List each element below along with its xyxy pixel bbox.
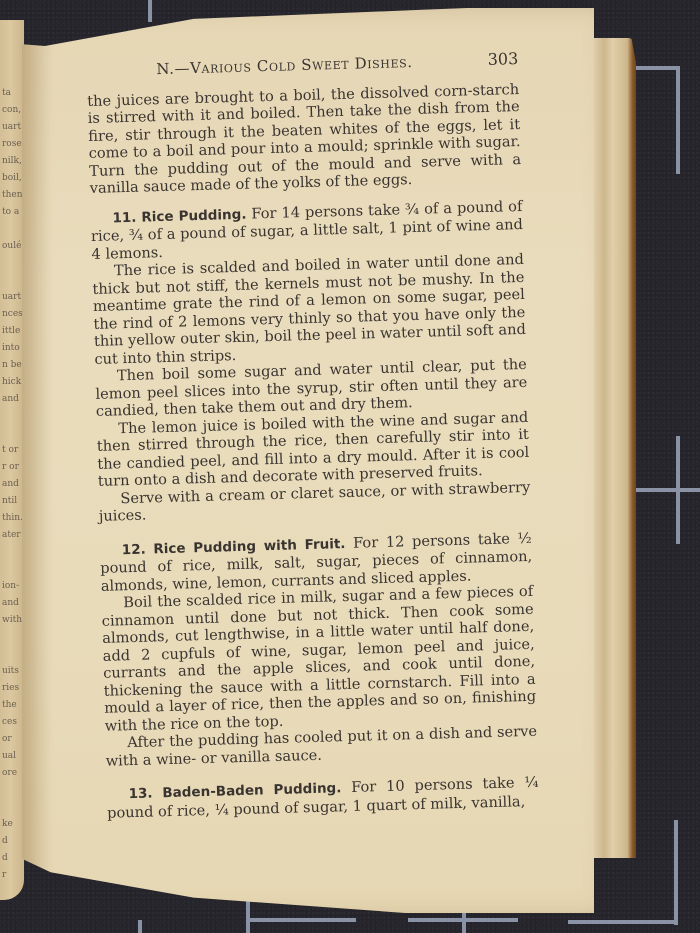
left-page-fragment: into bbox=[2, 341, 20, 356]
left-page-fragment: hick bbox=[2, 375, 21, 390]
mat-grid-line bbox=[148, 0, 152, 22]
left-page-fragment: and bbox=[2, 477, 19, 492]
mat-grid-line bbox=[568, 920, 678, 924]
left-page-fragment: uits bbox=[2, 664, 19, 679]
left-page-fragment: boil, bbox=[2, 171, 22, 186]
left-page-fragment: ater bbox=[2, 528, 21, 543]
left-page-fragment: rose bbox=[2, 137, 22, 152]
mat-grid-line bbox=[676, 66, 680, 174]
recipe-paragraph: The lemon juice is boiled with the wine … bbox=[96, 408, 530, 490]
recipe-title: Rice Pudding. bbox=[141, 206, 246, 225]
left-page-fragment: con, bbox=[2, 103, 21, 118]
recipe-number: 13. bbox=[128, 785, 152, 802]
left-page-fragment: t or bbox=[2, 443, 18, 458]
mat-grid-line bbox=[246, 918, 356, 922]
left-page-fragment: n be bbox=[2, 358, 22, 373]
left-page-fragment: oulé bbox=[2, 239, 21, 254]
left-page-fragment: and bbox=[2, 392, 19, 407]
page-number: 303 bbox=[487, 50, 518, 68]
mat-grid-line bbox=[674, 820, 678, 925]
left-page-fragment: ke bbox=[2, 817, 13, 832]
left-page-fragment: d bbox=[2, 834, 8, 849]
continuation-paragraph: the juices are brought to a boil, the di… bbox=[87, 80, 522, 197]
left-page-fragment: ittle bbox=[2, 324, 20, 339]
left-page-fragment: ual bbox=[2, 749, 16, 764]
left-page-fragment: ion- bbox=[2, 579, 19, 594]
left-page-fragment: uart bbox=[2, 290, 21, 305]
mat-grid-line bbox=[676, 436, 680, 544]
left-page-fragment: ries bbox=[2, 681, 19, 696]
left-page-edge: tacon,uartrosenilk,boil,thento aouléuart… bbox=[0, 20, 24, 900]
recipe-paragraph: The rice is scalded and boiled in water … bbox=[92, 251, 527, 368]
left-page-fragment: ces bbox=[2, 715, 17, 730]
left-page-fragment: uart bbox=[2, 120, 21, 135]
left-page-fragment: thin. bbox=[2, 511, 23, 526]
recipe-paragraph: Boil the scalded rice in milk, sugar and… bbox=[101, 583, 537, 735]
page-content: N.—Various Cold Sweet Dishes. 303 the ju… bbox=[86, 50, 539, 822]
recipe-number: 11. bbox=[112, 209, 136, 226]
left-page-fragment: r bbox=[2, 868, 6, 883]
left-page-fragment: then bbox=[2, 188, 23, 203]
left-page-fragment: with bbox=[2, 613, 22, 628]
recipe-12: 12. Rice Pudding with Fruit. For 12 pers… bbox=[100, 529, 538, 769]
recipe-number: 12. bbox=[122, 541, 146, 558]
left-page-fragment: ore bbox=[2, 766, 17, 781]
mat-grid-line bbox=[138, 920, 142, 933]
left-page-fragment: or bbox=[2, 732, 12, 747]
left-page-fragment: and bbox=[2, 596, 19, 611]
left-page-fragment: r or bbox=[2, 460, 19, 475]
left-page-fragment: d bbox=[2, 851, 8, 866]
left-page-fragment: nilk, bbox=[2, 154, 22, 169]
mat-grid-line bbox=[627, 488, 700, 492]
left-page-fragment: the bbox=[2, 698, 17, 713]
left-page-fragment: to a bbox=[2, 205, 19, 220]
left-page-fragment: nces bbox=[2, 307, 23, 322]
left-page-fragment: ntil bbox=[2, 494, 17, 509]
recipe-11: 11. Rice Pudding. For 14 persons take ¾ … bbox=[90, 197, 531, 525]
left-page-fragment: ta bbox=[2, 86, 11, 101]
mat-grid-line bbox=[246, 900, 250, 933]
